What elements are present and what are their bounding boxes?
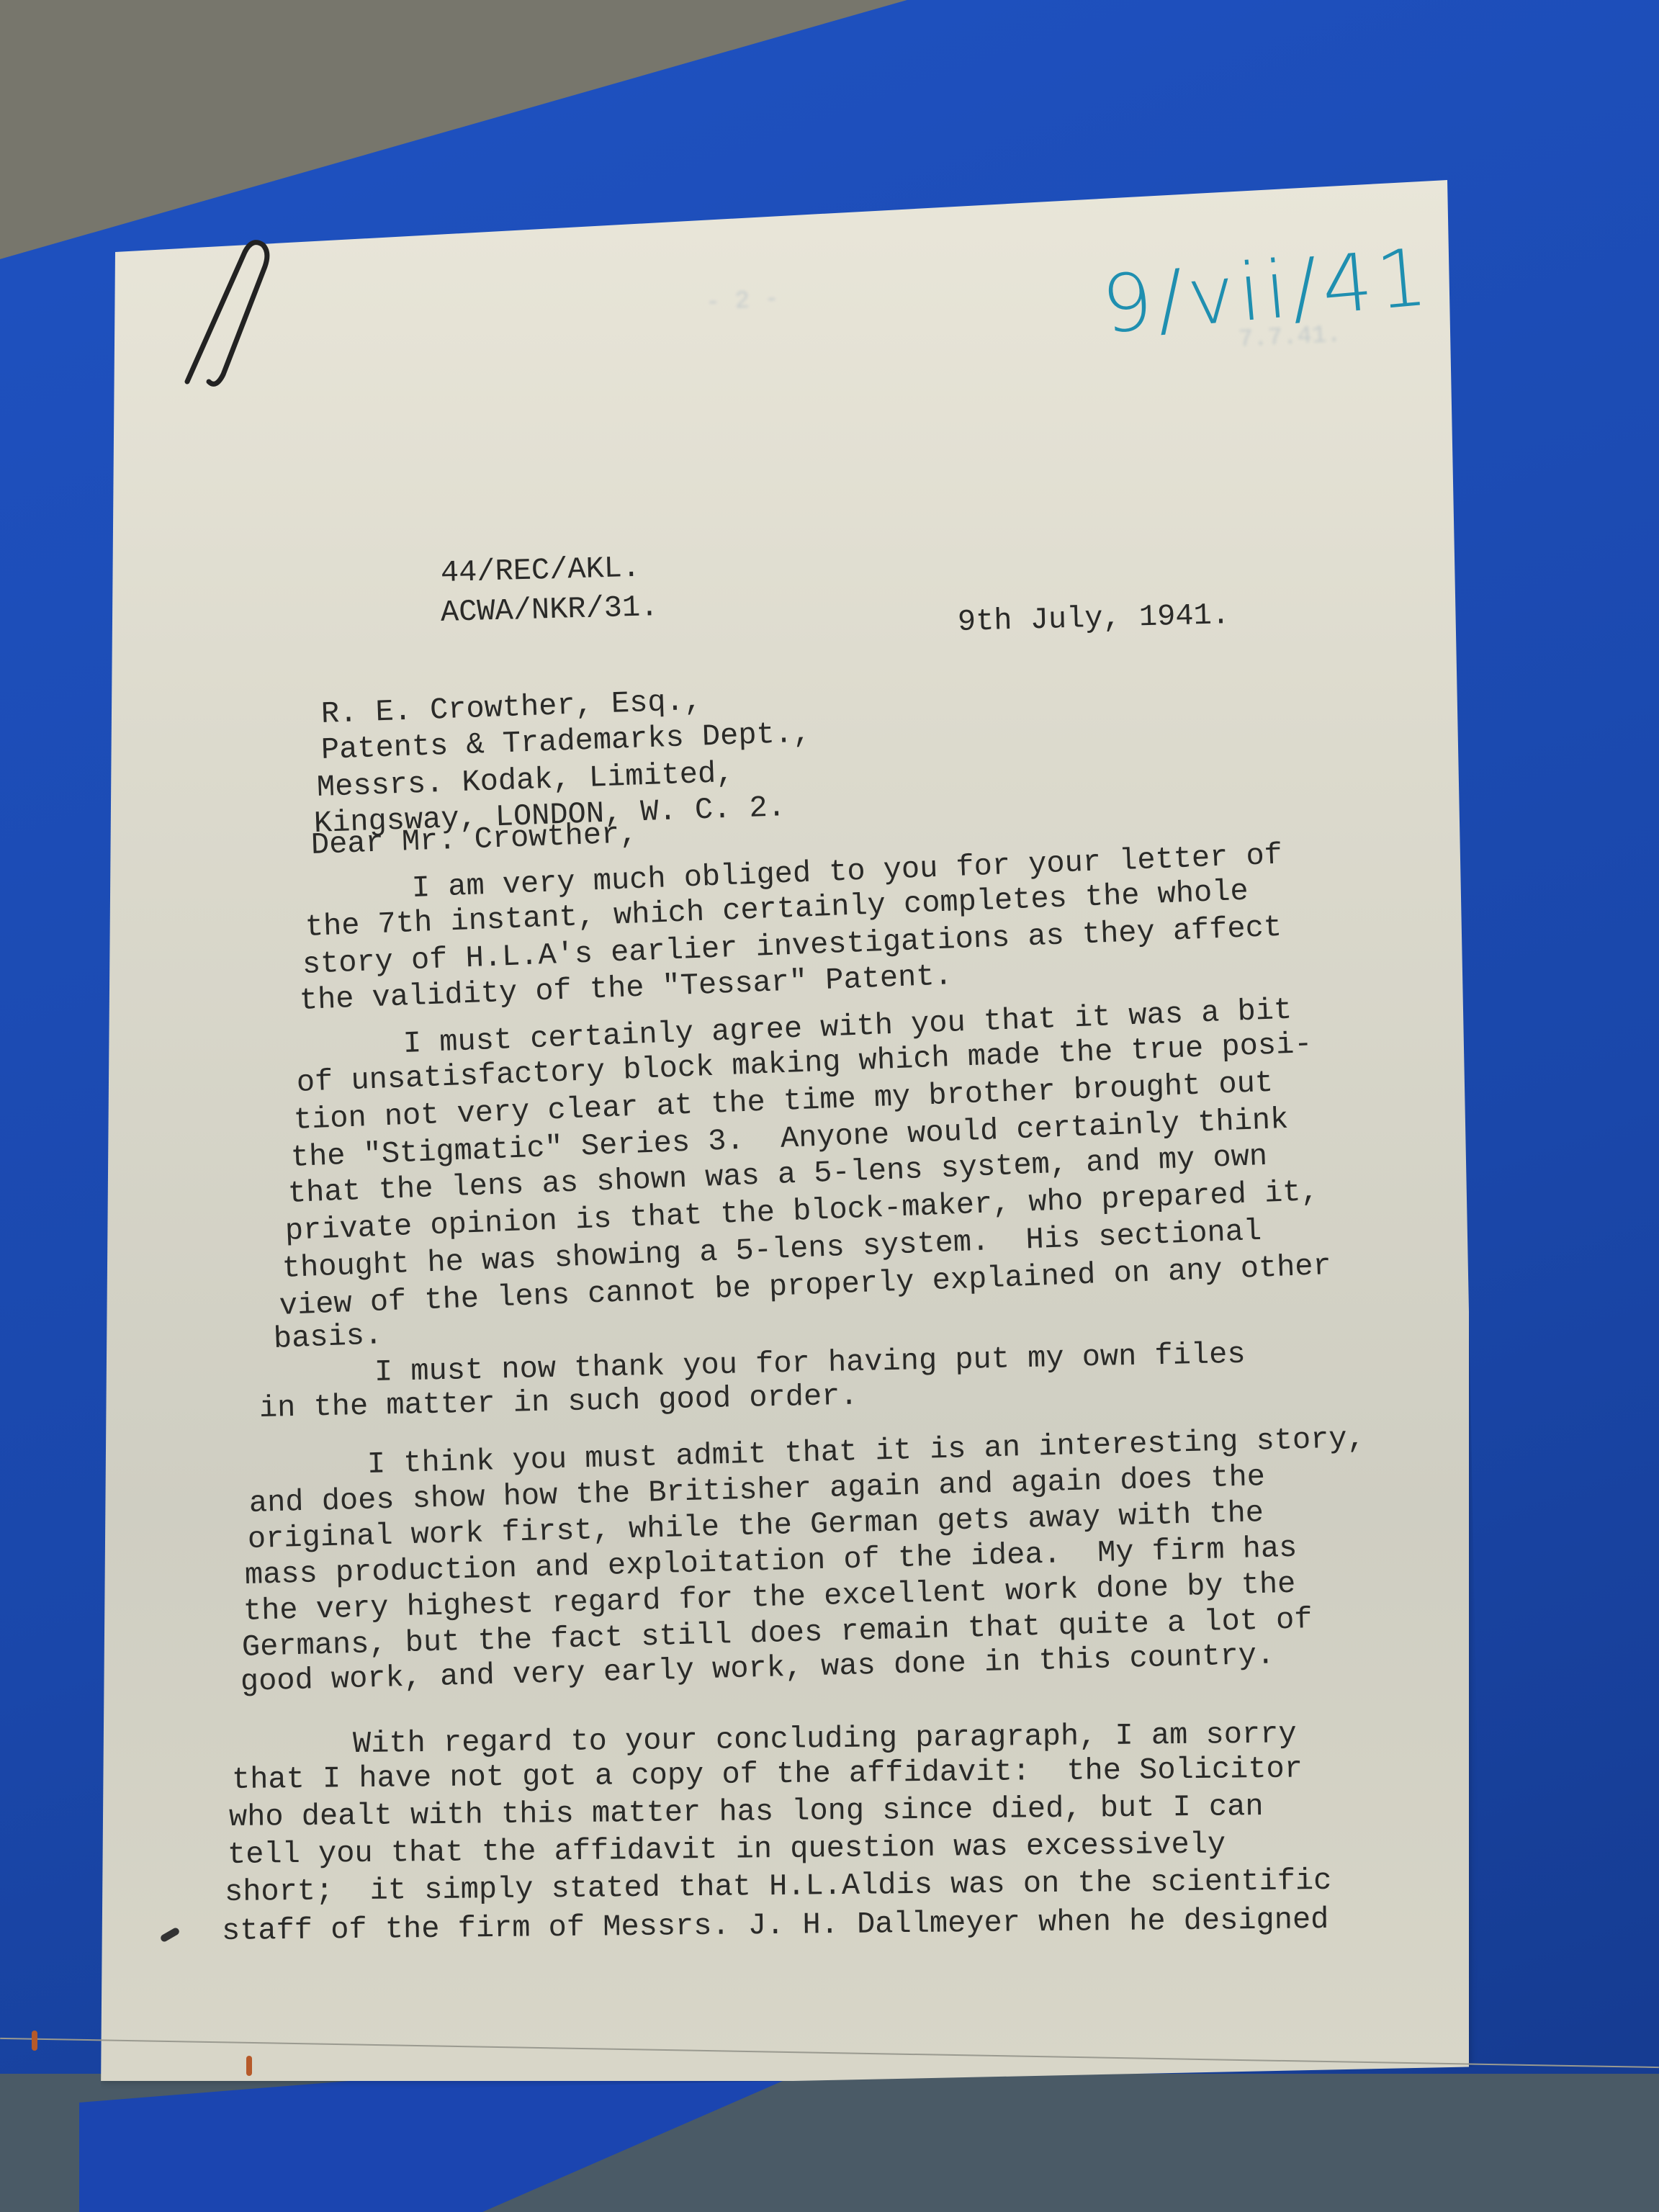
letter-date: 9th July, 1941. <box>957 596 1230 641</box>
reference-1: 44/REC/AKL. <box>440 549 641 592</box>
paragraph-3-line: in the matter in such good order. <box>258 1377 858 1427</box>
paragraph-2-line: basis. <box>273 1316 383 1358</box>
rust-stain <box>246 2056 252 2076</box>
reference-2: ACWA/NKR/31. <box>440 588 659 631</box>
rust-stain <box>32 2031 37 2051</box>
letter-body: 44/REC/AKL. ACWA/NKR/31. 9th July, 1941.… <box>0 0 1659 2212</box>
